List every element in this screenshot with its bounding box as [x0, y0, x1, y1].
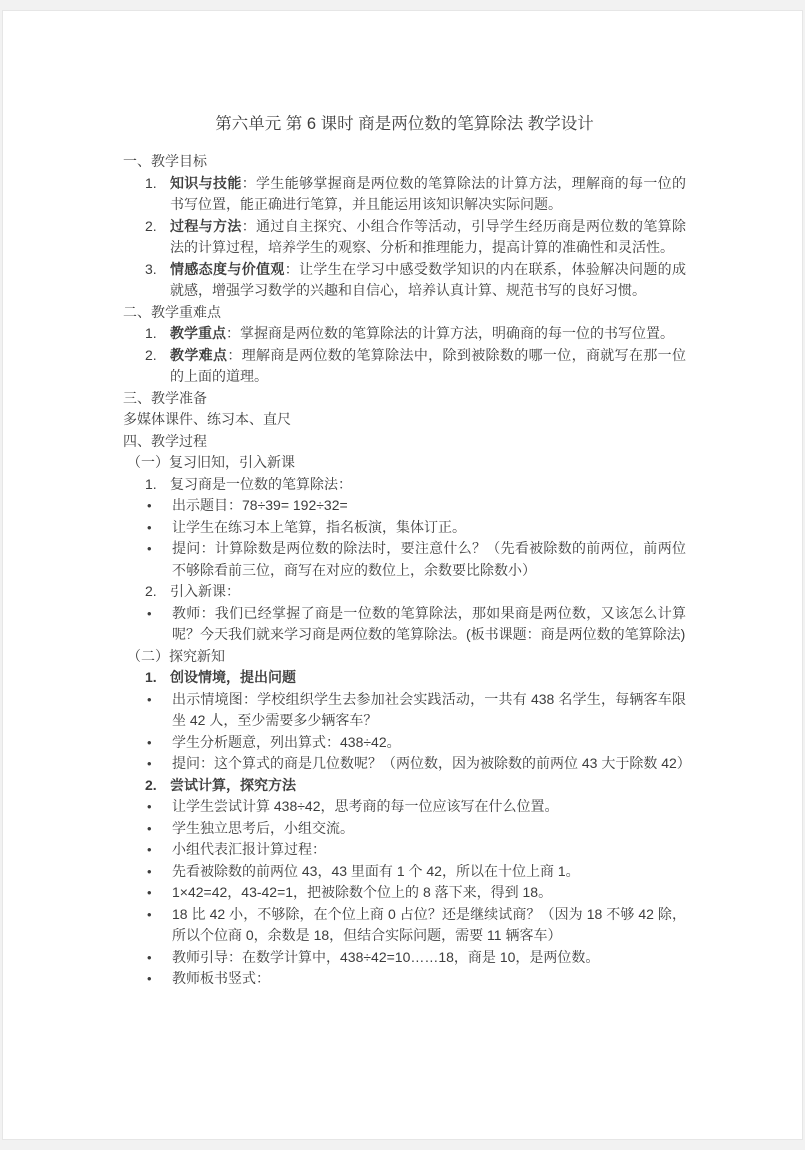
- list-item-text: 提问：这个算式的商是几位数呢？（两位数，因为被除数的前两位 43 大于除数 42…: [172, 753, 686, 775]
- bullet-marker: •: [145, 947, 172, 969]
- bullet-marker: •: [145, 538, 172, 581]
- number-marker: 1.: [145, 173, 170, 216]
- document-page: 第六单元 第 6 课时 商是两位数的笔算除法 教学设计 一、教学目标1.知识与技…: [2, 10, 803, 1140]
- list-item-text: 出示情境图：学校组织学生去参加社会实践活动，一共有 438 名学生，每辆客车限坐…: [172, 689, 686, 732]
- bullet-marker: •: [145, 732, 172, 754]
- list-item-text: 教师：我们已经掌握了商是一位数的笔算除法，那如果商是两位数，又该怎么计算呢？今天…: [172, 603, 686, 646]
- bullet-list-item: •提问：这个算式的商是几位数呢？（两位数，因为被除数的前两位 43 大于除数 4…: [123, 753, 686, 775]
- numbered-list-item: 2.过程与方法：通过自主探究、小组合作等活动，引导学生经历商是两位数的笔算除法的…: [123, 216, 686, 259]
- list-item-text: 出示题目：78÷39= 192÷32=: [172, 495, 686, 517]
- document-title: 第六单元 第 6 课时 商是两位数的笔算除法 教学设计: [123, 111, 686, 137]
- document-body: 一、教学目标1.知识与技能：学生能够掌握商是两位数的笔算除法的计算方法，理解商的…: [123, 151, 686, 990]
- bullet-list-item: •先看被除数的前两位 43，43 里面有 1 个 42，所以在十位上商 1。: [123, 861, 686, 883]
- document-content: 第六单元 第 6 课时 商是两位数的笔算除法 教学设计 一、教学目标1.知识与技…: [3, 11, 802, 990]
- bullet-list-item: •学生分析题意，列出算式：438÷42。: [123, 732, 686, 754]
- bullet-marker: •: [145, 517, 172, 539]
- bullet-marker: •: [145, 818, 172, 840]
- number-marker: 2.: [145, 345, 170, 388]
- bullet-list-item: •让学生在练习本上笔算，指名板演，集体订正。: [123, 517, 686, 539]
- bullet-marker: •: [145, 882, 172, 904]
- list-item-text: 引入新课：: [170, 581, 686, 603]
- numbered-list-item: 1.复习商是一位数的笔算除法：: [123, 474, 686, 496]
- bullet-list-item: •让学生尝试计算 438÷42，思考商的每一位应该写在什么位置。: [123, 796, 686, 818]
- bullet-list-item: •1×42=42，43-42=1，把被除数个位上的 8 落下来，得到 18。: [123, 882, 686, 904]
- section-heading: 一、教学目标: [123, 151, 686, 173]
- list-item-text: 教学重点：掌握商是两位数的笔算除法的计算方法，明确商的每一位的书写位置。: [170, 323, 686, 345]
- list-item-text: 先看被除数的前两位 43，43 里面有 1 个 42，所以在十位上商 1。: [172, 861, 686, 883]
- number-marker: 1.: [145, 667, 170, 689]
- number-marker: 1.: [145, 474, 170, 496]
- list-item-text: 教师引导：在数学计算中，438÷42=10……18，商是 10，是两位数。: [172, 947, 686, 969]
- bullet-list-item: •教师：我们已经掌握了商是一位数的笔算除法，那如果商是两位数，又该怎么计算呢？今…: [123, 603, 686, 646]
- bullet-list-item: •提问：计算除数是两位数的除法时，要注意什么？（先看被除数的前两位，前两位不够除…: [123, 538, 686, 581]
- section-heading: 三、教学准备: [123, 388, 686, 410]
- bullet-list-item: •小组代表汇报计算过程：: [123, 839, 686, 861]
- bullet-marker: •: [145, 689, 172, 732]
- number-marker: 2.: [145, 775, 170, 797]
- numbered-list-item: 1.知识与技能：学生能够掌握商是两位数的笔算除法的计算方法，理解商的每一位的书写…: [123, 173, 686, 216]
- section-heading: 二、教学重难点: [123, 302, 686, 324]
- bullet-marker: •: [145, 495, 172, 517]
- bullet-list-item: •出示情境图：学校组织学生去参加社会实践活动，一共有 438 名学生，每辆客车限…: [123, 689, 686, 732]
- list-item-text: 1×42=42，43-42=1，把被除数个位上的 8 落下来，得到 18。: [172, 882, 686, 904]
- list-item-text: 尝试计算，探究方法: [170, 775, 686, 797]
- bullet-marker: •: [145, 839, 172, 861]
- section-heading: 四、教学过程: [123, 431, 686, 453]
- numbered-list-item-bold: 1.创设情境，提出问题: [123, 667, 686, 689]
- list-item-text: 创设情境，提出问题: [170, 667, 686, 689]
- number-marker: 2.: [145, 581, 170, 603]
- list-item-text: 让学生尝试计算 438÷42，思考商的每一位应该写在什么位置。: [172, 796, 686, 818]
- list-item-text: 提问：计算除数是两位数的除法时，要注意什么？（先看被除数的前两位，前两位不够除看…: [172, 538, 686, 581]
- bullet-marker: •: [145, 796, 172, 818]
- bullet-list-item: •18 比 42 小，不够除，在个位上商 0 占位？还是继续试商？（因为 18 …: [123, 904, 686, 947]
- list-item-text: 过程与方法：通过自主探究、小组合作等活动，引导学生经历商是两位数的笔算除法的计算…: [170, 216, 686, 259]
- list-item-text: 复习商是一位数的笔算除法：: [170, 474, 686, 496]
- numbered-list-item: 1.教学重点：掌握商是两位数的笔算除法的计算方法，明确商的每一位的书写位置。: [123, 323, 686, 345]
- bullet-marker: •: [145, 861, 172, 883]
- list-item-text: 小组代表汇报计算过程：: [172, 839, 686, 861]
- number-marker: 3.: [145, 259, 170, 302]
- numbered-list-item-bold: 2.尝试计算，探究方法: [123, 775, 686, 797]
- numbered-list-item: 3.情感态度与价值观：让学生在学习中感受数学知识的内在联系，体验解决问题的成就感…: [123, 259, 686, 302]
- list-item-text: 知识与技能：学生能够掌握商是两位数的笔算除法的计算方法，理解商的每一位的书写位置…: [170, 173, 686, 216]
- bullet-marker: •: [145, 603, 172, 646]
- numbered-list-item: 2.引入新课：: [123, 581, 686, 603]
- bullet-list-item: •学生独立思考后，小组交流。: [123, 818, 686, 840]
- bullet-marker: •: [145, 904, 172, 947]
- list-item-text: 情感态度与价值观：让学生在学习中感受数学知识的内在联系，体验解决问题的成就感，增…: [170, 259, 686, 302]
- number-marker: 1.: [145, 323, 170, 345]
- number-marker: 2.: [145, 216, 170, 259]
- bullet-list-item: •出示题目：78÷39= 192÷32=: [123, 495, 686, 517]
- bullet-marker: •: [145, 753, 172, 775]
- subsection-heading: （二）探究新知: [123, 646, 686, 668]
- list-item-text: 让学生在练习本上笔算，指名板演，集体订正。: [172, 517, 686, 539]
- list-item-text: 学生分析题意，列出算式：438÷42。: [172, 732, 686, 754]
- list-item-text: 学生独立思考后，小组交流。: [172, 818, 686, 840]
- subsection-heading: （一）复习旧知，引入新课: [123, 452, 686, 474]
- paragraph: 多媒体课件、练习本、直尺: [123, 409, 686, 431]
- numbered-list-item: 2.教学难点：理解商是两位数的笔算除法中，除到被除数的哪一位，商就写在那一位的上…: [123, 345, 686, 388]
- list-item-text: 教学难点：理解商是两位数的笔算除法中，除到被除数的哪一位，商就写在那一位的上面的…: [170, 345, 686, 388]
- bullet-marker: •: [145, 968, 172, 990]
- bullet-list-item: •教师引导：在数学计算中，438÷42=10……18，商是 10，是两位数。: [123, 947, 686, 969]
- document-viewer-canvas: 第六单元 第 6 课时 商是两位数的笔算除法 教学设计 一、教学目标1.知识与技…: [0, 0, 805, 1150]
- list-item-text: 教师板书竖式：: [172, 968, 686, 990]
- list-item-text: 18 比 42 小，不够除，在个位上商 0 占位？还是继续试商？（因为 18 不…: [172, 904, 686, 947]
- bullet-list-item: •教师板书竖式：: [123, 968, 686, 990]
